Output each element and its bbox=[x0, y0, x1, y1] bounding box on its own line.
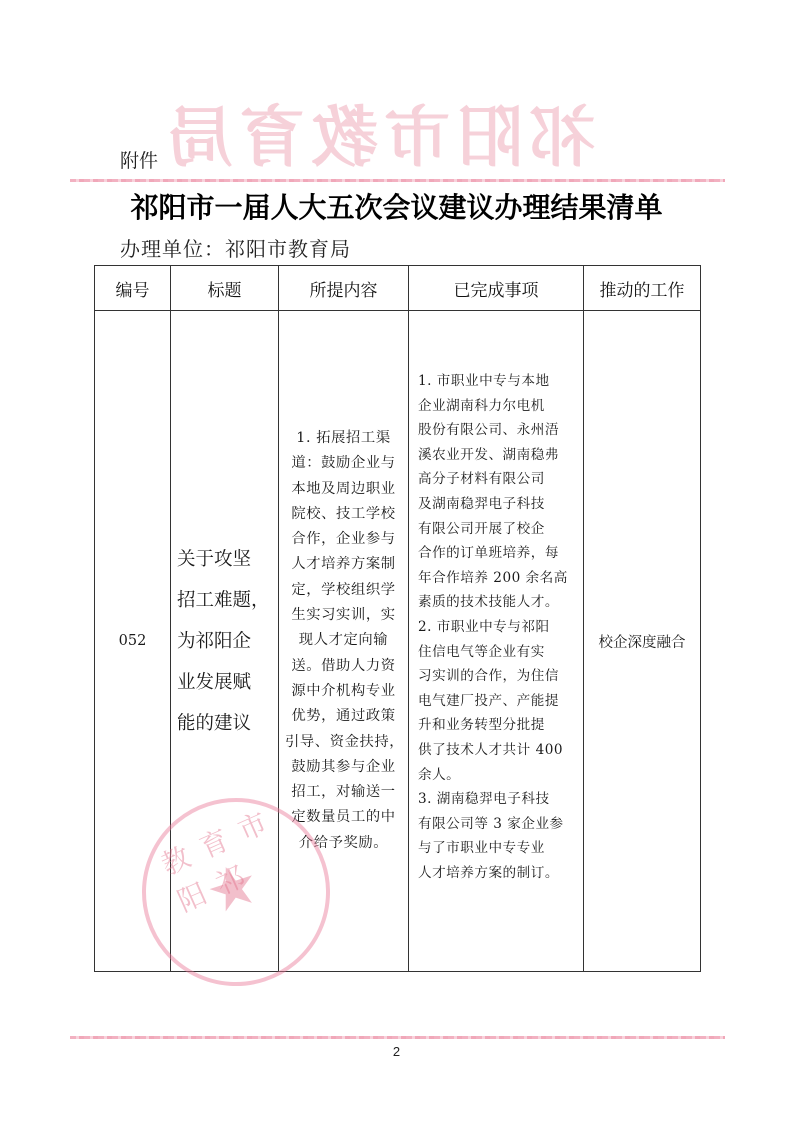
letterhead-watermark: 局 育 教 市 阳 祁 bbox=[165, 92, 595, 170]
footer-red-rule bbox=[70, 1036, 725, 1039]
table-header-row: 编号 标题 所提内容 已完成事项 推动的工作 bbox=[95, 266, 701, 311]
content-line: 本地及周边职业 bbox=[285, 477, 402, 502]
attachment-label: 附件 bbox=[120, 146, 158, 173]
subject-line: 为祁阳企 bbox=[177, 621, 274, 662]
document-title: 祁阳市一届人大五次会议建议办理结果清单 bbox=[0, 186, 793, 226]
completed-line: 及湖南稳羿电子科技 bbox=[418, 492, 579, 517]
completed-line: 电气建厂投产、产能提 bbox=[418, 689, 579, 714]
content-line: 1. 拓展招工渠 bbox=[285, 426, 402, 451]
letterhead-char: 祁 bbox=[527, 84, 595, 179]
content-line: 道：鼓励企业与 bbox=[285, 451, 402, 476]
content-line: 优势，通过政策 bbox=[285, 704, 402, 729]
page-number: 2 bbox=[0, 1044, 793, 1059]
letterhead-char: 育 bbox=[237, 84, 305, 179]
completed-line: 升和业务转型分批提 bbox=[418, 713, 579, 738]
completed-line: 习实训的合作，为住信 bbox=[418, 664, 579, 689]
completed-line: 企业湖南科力尔电机 bbox=[418, 394, 579, 419]
handling-unit: 办理单位：祁阳市教育局 bbox=[120, 233, 351, 262]
completed-line: 1. 市职业中专与本地 bbox=[418, 369, 579, 394]
cell-promoted-work: 校企深度融合 bbox=[584, 311, 701, 972]
completed-line: 人才培养方案的制订。 bbox=[418, 861, 579, 886]
completed-line: 溪农业开发、湖南稳弗 bbox=[418, 443, 579, 468]
completed-line: 年合作培养 200 余名高 bbox=[418, 566, 579, 591]
completed-line: 素质的技术技能人才。 bbox=[418, 590, 579, 615]
content-line: 院校、技工学校 bbox=[285, 502, 402, 527]
content-line: 鼓励其参与企业 bbox=[285, 755, 402, 780]
completed-line: 与了市职业中专专业 bbox=[418, 836, 579, 861]
completed-line: 3. 湖南稳羿电子科技 bbox=[418, 787, 579, 812]
letterhead-char: 市 bbox=[382, 84, 450, 179]
letterhead-char: 教 bbox=[310, 84, 378, 179]
header-completed: 已完成事项 bbox=[409, 266, 584, 311]
content-line: 引导、资金扶持， bbox=[285, 730, 402, 755]
completed-line: 有限公司开展了校企 bbox=[418, 517, 579, 542]
content-line: 现人才定向输 bbox=[285, 628, 402, 653]
letterhead-char: 局 bbox=[165, 84, 233, 179]
subject-line: 关于攻坚 bbox=[177, 539, 274, 580]
subject-line: 业发展赋 bbox=[177, 662, 274, 703]
subject-line: 能的建议 bbox=[177, 703, 274, 744]
content-line: 招工，对输送一 bbox=[285, 780, 402, 805]
content-line: 定，学校组织学 bbox=[285, 578, 402, 603]
content-line: 人才培养方案制 bbox=[285, 552, 402, 577]
completed-line: 2. 市职业中专与祁阳 bbox=[418, 615, 579, 640]
completed-line: 余人。 bbox=[418, 763, 579, 788]
content-line: 源中介机构专业 bbox=[285, 679, 402, 704]
completed-line: 住信电气等企业有实 bbox=[418, 640, 579, 665]
header-content: 所提内容 bbox=[279, 266, 409, 311]
completed-line: 供了技术人才共计 400 bbox=[418, 738, 579, 763]
completed-line: 有限公司等 3 家企业参 bbox=[418, 812, 579, 837]
subject-line: 招工难题， bbox=[177, 580, 274, 621]
content-line: 生实习实训，实 bbox=[285, 603, 402, 628]
header-subject: 标题 bbox=[171, 266, 279, 311]
header-number: 编号 bbox=[95, 266, 171, 311]
completed-line: 合作的订单班培养，每 bbox=[418, 541, 579, 566]
letterhead-char: 阳 bbox=[455, 84, 523, 179]
completed-line: 股份有限公司、永州浯 bbox=[418, 418, 579, 443]
cell-completed: 1. 市职业中专与本地 企业湖南科力尔电机 股份有限公司、永州浯 溪农业开发、湖… bbox=[409, 311, 584, 972]
content-line: 合作，企业参与 bbox=[285, 527, 402, 552]
header-promoted-work: 推动的工作 bbox=[584, 266, 701, 311]
header-red-rule bbox=[70, 179, 725, 182]
completed-line: 高分子材料有限公司 bbox=[418, 467, 579, 492]
content-line: 送。借助人力资 bbox=[285, 654, 402, 679]
